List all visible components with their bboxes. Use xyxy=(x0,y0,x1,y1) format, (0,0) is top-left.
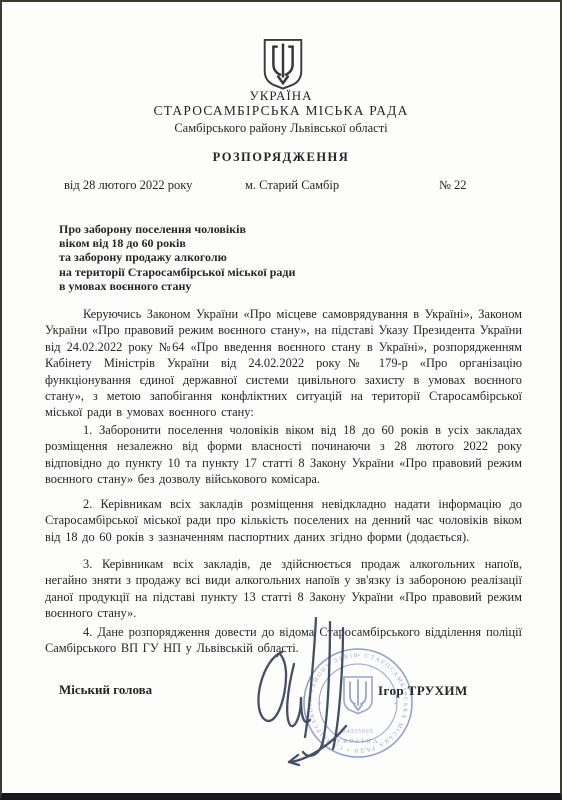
signer-name: Ігор ТРУХИМ xyxy=(378,683,468,699)
header-council-name: СТАРОСАМБІРСЬКА МІСЬКА РАДА xyxy=(2,103,560,119)
document-place: м. Старий Самбір xyxy=(245,178,339,193)
paragraph-item-2: 2. Керівникам всіх закладів розміщення н… xyxy=(45,496,522,545)
subject-block: Про заборону поселення чоловіків віком в… xyxy=(59,222,399,293)
document-date: від 28 лютого 2022 року xyxy=(64,178,192,193)
ukraine-trident-emblem-icon xyxy=(260,38,306,95)
signer-position: Міський голова xyxy=(59,682,152,698)
subject-line: в умовах воєнного стану xyxy=(59,279,399,293)
header-country: УКРАЇНА xyxy=(2,88,560,104)
handwritten-signature xyxy=(248,608,380,781)
header-district: Самбірського району Львівської області xyxy=(2,121,560,136)
scanned-decree-document: УКРАЇНА СТАРОСАМБІРСЬКА МІСЬКА РАДА Самб… xyxy=(0,0,562,800)
svg-text:*: * xyxy=(394,701,398,709)
subject-line: та заборону продажу алкоголю xyxy=(59,250,399,264)
subject-line: на території Старосамбірської міської ра… xyxy=(59,265,399,279)
subject-line: віком від 18 до 60 років xyxy=(59,236,399,250)
document-number: № 22 xyxy=(439,178,467,193)
document-type-title: РОЗПОРЯДЖЕННЯ xyxy=(2,150,560,165)
subject-line: Про заборону поселення чоловіків xyxy=(59,222,399,236)
paragraph-preamble: Керуючись Законом України «Про місцеве с… xyxy=(45,306,522,421)
paragraph-item-1: 1. Заборонити поселення чоловіків віком … xyxy=(45,422,522,488)
